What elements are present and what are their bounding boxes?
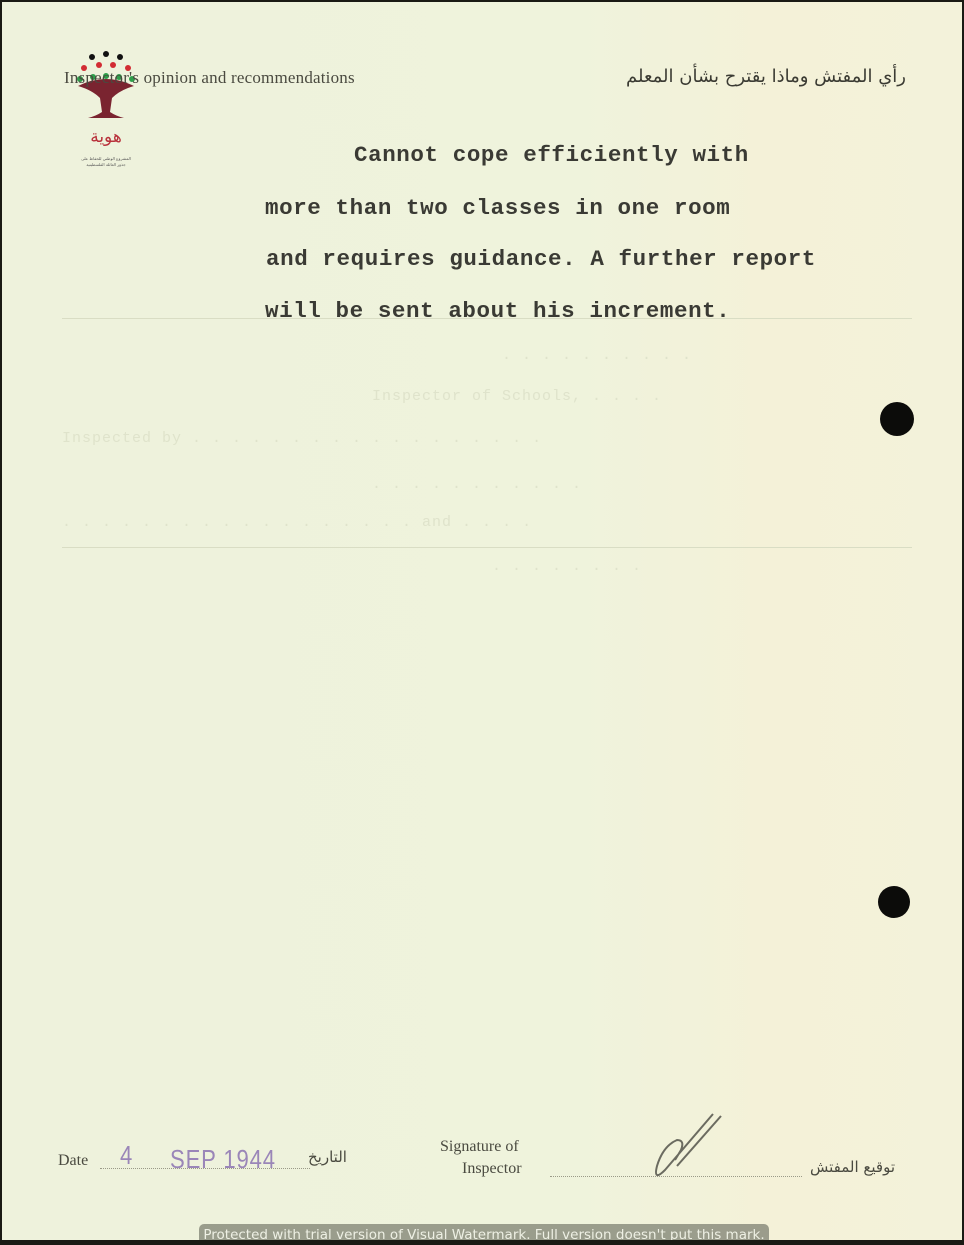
recommendation-line: Cannot cope efficiently with <box>354 142 749 168</box>
bleed-text: . . . . . . . . . . <box>502 347 692 364</box>
svg-text:المشروع الوطني للحفاظ على: المشروع الوطني للحفاظ على <box>81 156 131 161</box>
recommendation-line: more than two classes in one room <box>265 195 730 221</box>
document-page: . . . . . . . . . . Inspector of Schools… <box>2 2 962 1240</box>
signature-label-ar: توقيع المفتش <box>810 1158 895 1176</box>
date-stamp-day: 4 <box>120 1140 133 1171</box>
bleed-rule <box>62 547 912 548</box>
bleed-text: . . . . . . . . <box>492 558 642 575</box>
punch-hole <box>878 886 910 918</box>
recommendation-line: and requires guidance. A further report <box>266 246 816 272</box>
bleed-text: . . . . . . . . . . . . . . . . . . and … <box>62 514 532 531</box>
signature-label: Signature of <box>440 1138 519 1156</box>
svg-text:جذور العائلة الفلسطينية: جذور العائلة الفلسطينية <box>86 162 126 167</box>
bleed-text: Inspected by . . . . . . . . . . . . . .… <box>62 430 542 447</box>
svg-text:هوية: هوية <box>90 127 122 147</box>
bleed-text: . . . . . . . . . . . <box>372 476 582 493</box>
section-title-en: Inspector's opinion and recommendations <box>64 68 355 88</box>
punch-hole <box>880 402 914 436</box>
bleed-text: Inspector of Schools, . . . . <box>372 388 662 405</box>
date-stamp-month-year: SEP 1944 <box>170 1144 276 1175</box>
section-title-ar: رأي المفتش وماذا يقترح بشأن المعلم <box>626 66 906 87</box>
inspector-signature <box>647 1110 727 1182</box>
signature-label: Inspector <box>462 1160 522 1178</box>
date-label-ar: التاريخ <box>308 1148 347 1166</box>
date-label: Date <box>58 1152 88 1170</box>
trial-watermark-banner: Protected with trial version of Visual W… <box>199 1224 769 1240</box>
recommendation-line: will be sent about his increment. <box>265 298 730 324</box>
